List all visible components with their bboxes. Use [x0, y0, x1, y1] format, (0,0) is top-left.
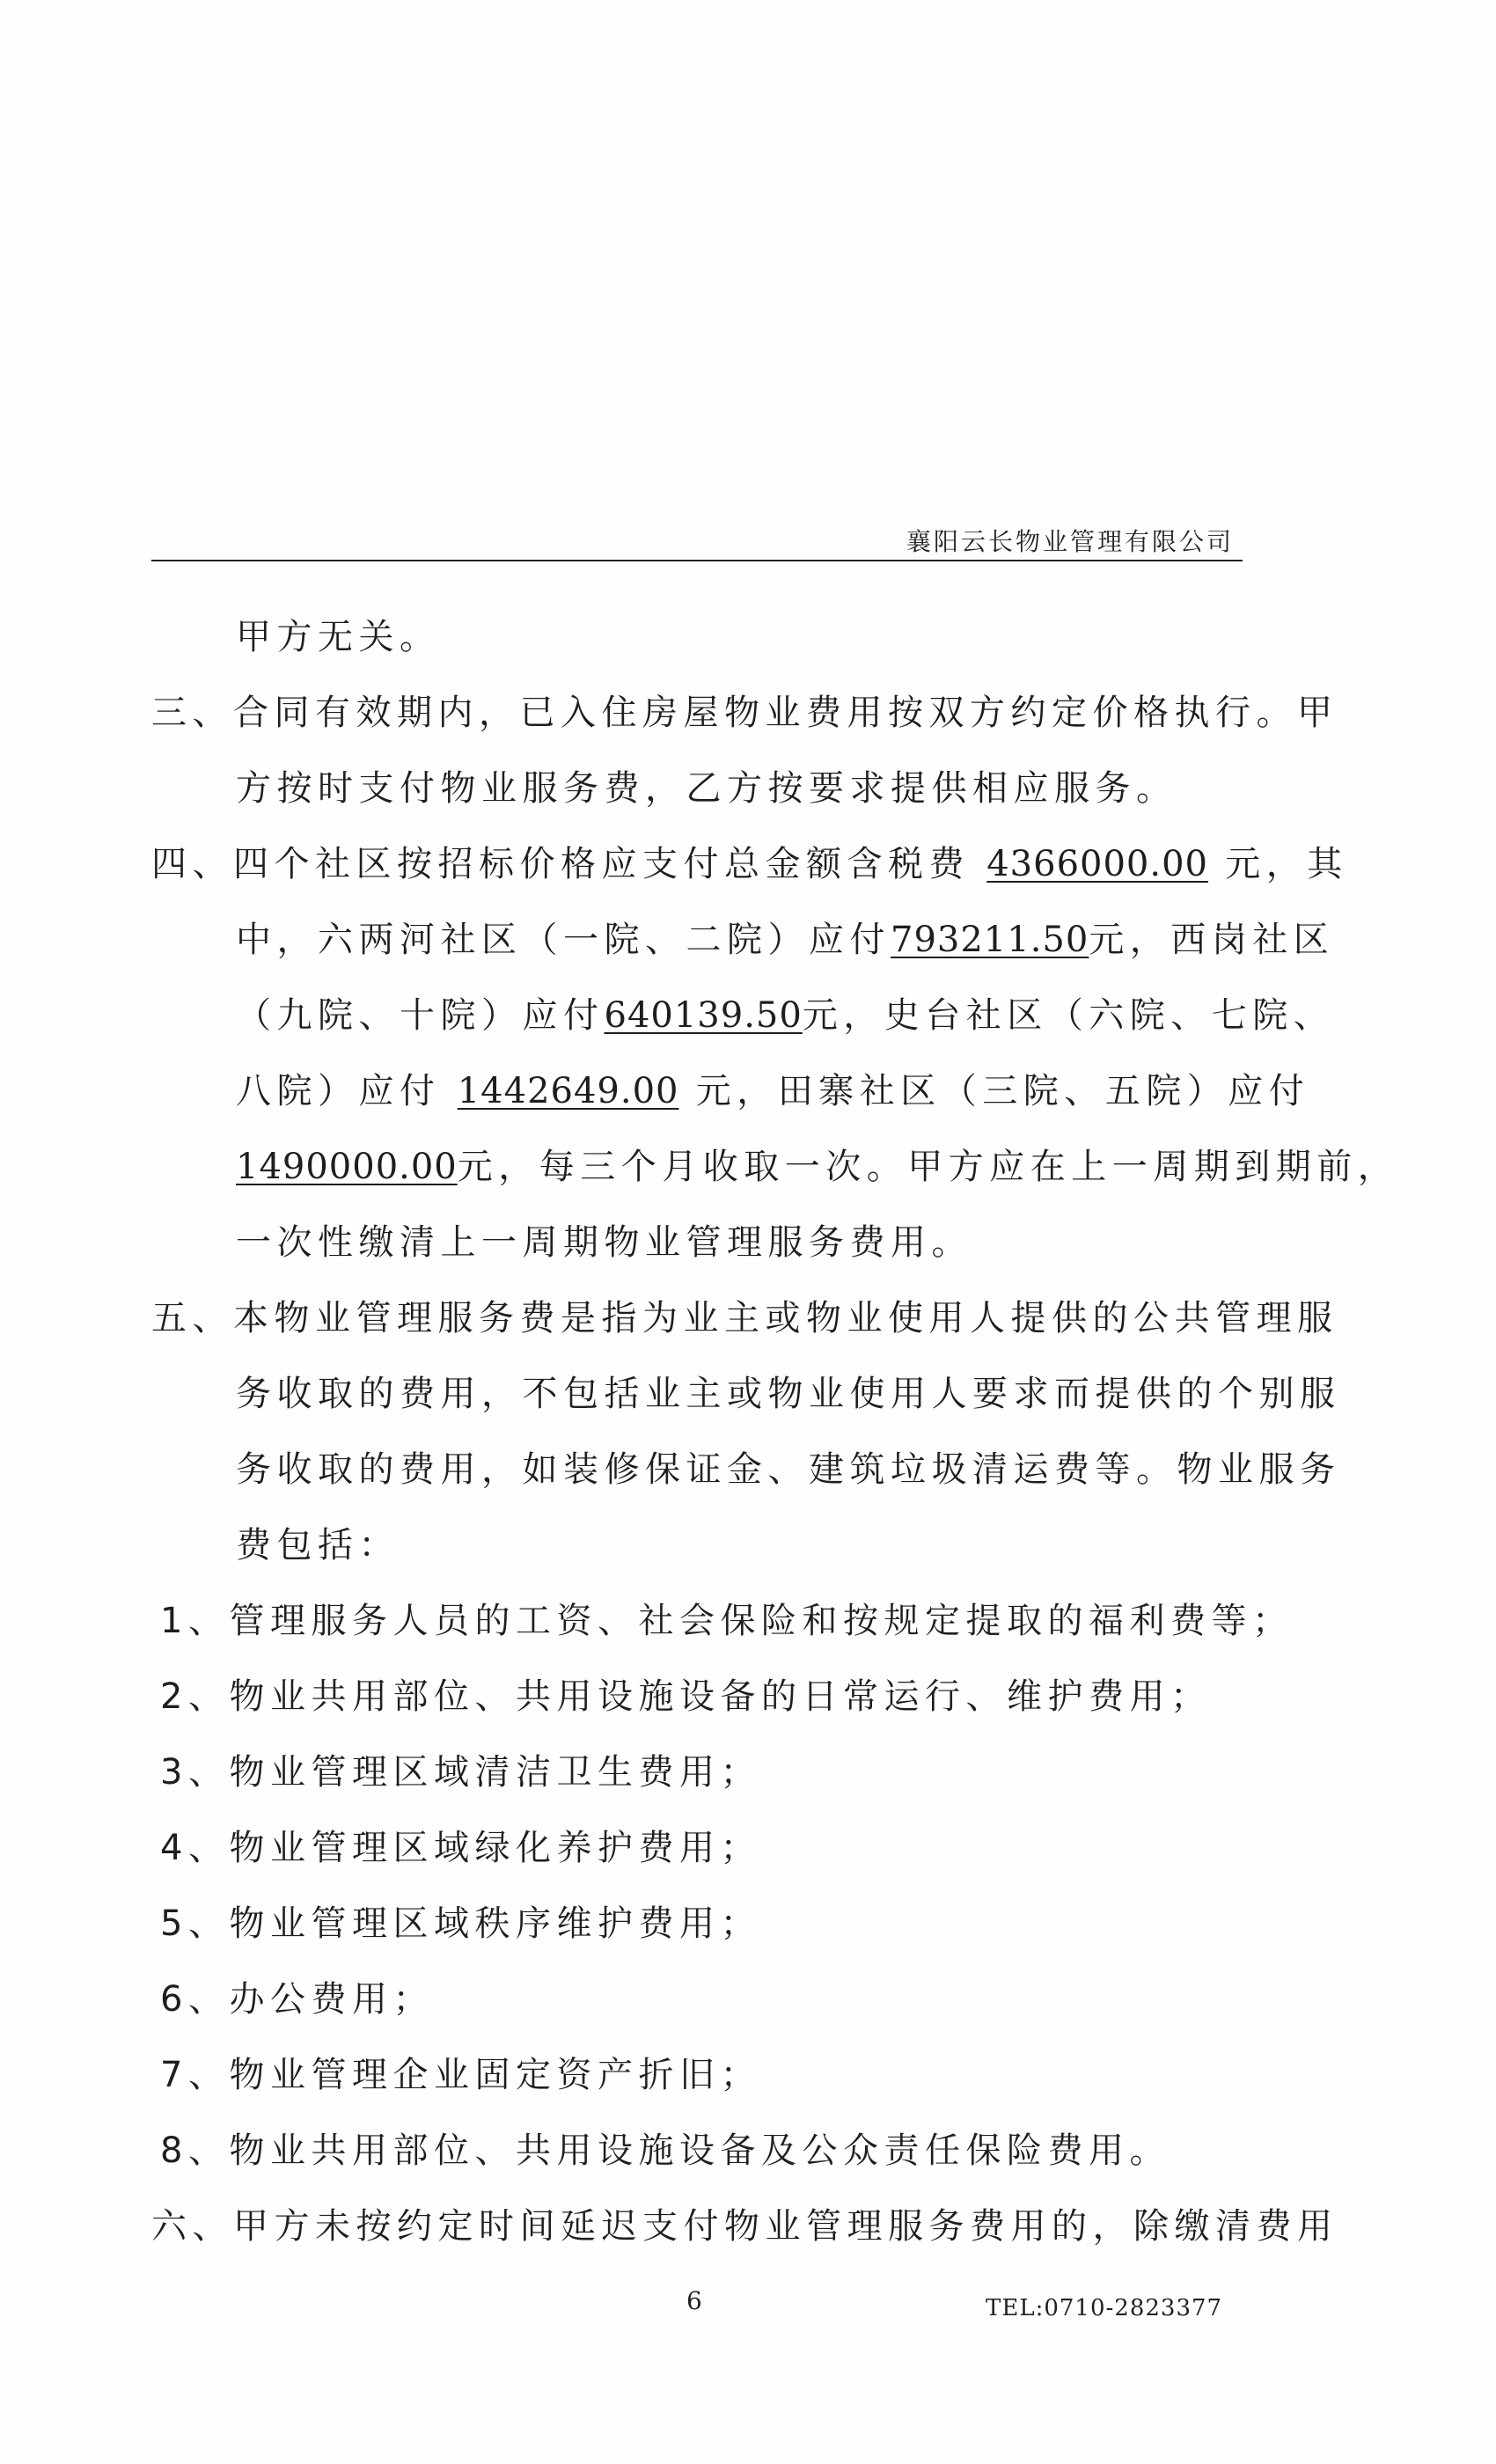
amount-shitai: 1442649.00	[458, 1071, 679, 1111]
text: 元，田寨社区（三院、五院）应付	[678, 1071, 1309, 1111]
header-company-name: 襄阳云长物业管理有限公司	[899, 523, 1234, 558]
clause-4-line-5: 1490000.00元，每三个月收取一次。甲方应在上一周期到期前，	[236, 1146, 1398, 1188]
document-page: 襄阳云长物业管理有限公司 甲方无关。 三、合同有效期内，已入住房屋物业费用按双方…	[0, 0, 1496, 2464]
fee-item-1: 1、管理服务人员的工资、社会保险和按规定提取的福利费等；	[160, 1600, 1293, 1642]
amount-tianzhai: 1490000.00	[236, 1147, 458, 1187]
fee-item-7: 7、物业管理企业固定资产折旧；	[160, 2054, 761, 2096]
clause-3-line-1: 三、合同有效期内，已入住房屋物业费用按双方约定价格执行。甲	[151, 692, 1338, 734]
text: 元，每三个月收取一次。甲方应在上一周期到期前，	[458, 1147, 1399, 1187]
amount-xigang: 640139.50	[605, 995, 803, 1036]
text: 中，六两河社区（一院、二院）应付	[236, 920, 891, 960]
text: 八院）应付	[236, 1071, 458, 1111]
clause-6-line-1: 六、甲方未按约定时间延迟支付物业管理服务费用的，除缴清费用	[151, 2205, 1338, 2248]
amount-liulianghe: 793211.50	[891, 920, 1089, 960]
text: 元，西岗社区	[1089, 920, 1334, 960]
paragraph-line: 甲方无关。	[236, 616, 441, 658]
text: 元，其	[1208, 844, 1348, 884]
clause-4-line-4: 八院）应付 1442649.00 元，田寨社区（三院、五院）应付	[236, 1070, 1309, 1112]
fee-item-4: 4、物业管理区域绿化养护费用；	[160, 1827, 761, 1869]
text: 元，史台社区（六院、七院、	[803, 995, 1335, 1036]
clause-4-line-2: 中，六两河社区（一院、二院）应付793211.50元，西岗社区	[236, 919, 1334, 961]
clause-4-line-1: 四、四个社区按招标价格应支付总金额含税费 4366000.00 元，其	[151, 843, 1348, 885]
text: 四、四个社区按招标价格应支付总金额含税费	[151, 844, 986, 884]
page-number: 6	[686, 2286, 702, 2315]
header-divider	[151, 560, 1243, 561]
total-amount: 4366000.00	[986, 844, 1208, 884]
clause-5-line-1: 五、本物业管理服务费是指为业主或物业使用人提供的公共管理服	[151, 1297, 1338, 1339]
clause-3-line-2: 方按时支付物业服务费，乙方按要求提供相应服务。	[236, 767, 1177, 810]
clause-4-line-6: 一次性缴清上一周期物业管理服务费用。	[236, 1221, 972, 1264]
clause-5-line-2: 务收取的费用，不包括业主或物业使用人要求而提供的个别服	[236, 1373, 1341, 1415]
text: （九院、十院）应付	[236, 995, 605, 1036]
clause-5-line-4: 费包括：	[236, 1524, 400, 1566]
clause-5-line-3: 务收取的费用，如装修保证金、建筑垃圾清运费等。物业服务	[236, 1448, 1341, 1491]
fee-item-3: 3、物业管理区域清洁卫生费用；	[160, 1751, 761, 1793]
fee-item-8: 8、物业共用部位、共用设施设备及公众责任保险费用。	[160, 2130, 1170, 2172]
clause-4-line-3: （九院、十院）应付640139.50元，史台社区（六院、七院、	[236, 994, 1334, 1037]
fee-item-6: 6、办公费用；	[160, 1978, 434, 2020]
fee-item-5: 5、物业管理区域秩序维护费用；	[160, 1903, 761, 1945]
footer-telephone: TEL:0710-2823377	[986, 2295, 1222, 2321]
fee-item-2: 2、物业共用部位、共用设施设备的日常运行、维护费用；	[160, 1676, 1211, 1718]
